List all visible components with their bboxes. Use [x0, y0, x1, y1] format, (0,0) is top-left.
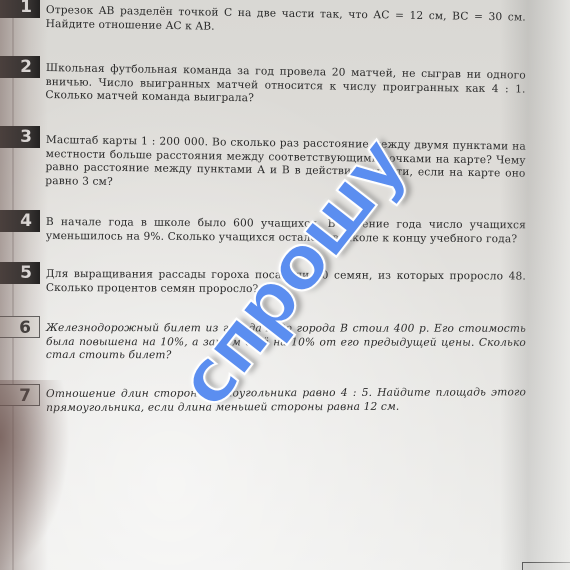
page-curl-shadow — [500, 0, 570, 570]
finger-shadow-bottom — [0, 380, 70, 570]
task-text: Масштаб карты 1 : 200 000. Во сколько ра… — [45, 134, 526, 195]
task-text: Школьная футбольная команда за год прове… — [45, 62, 526, 110]
task-text: Отрезок AB разделён точкой C на две част… — [46, 4, 526, 39]
task-text: Отношение длин сторон прямоугольника рав… — [46, 386, 526, 415]
